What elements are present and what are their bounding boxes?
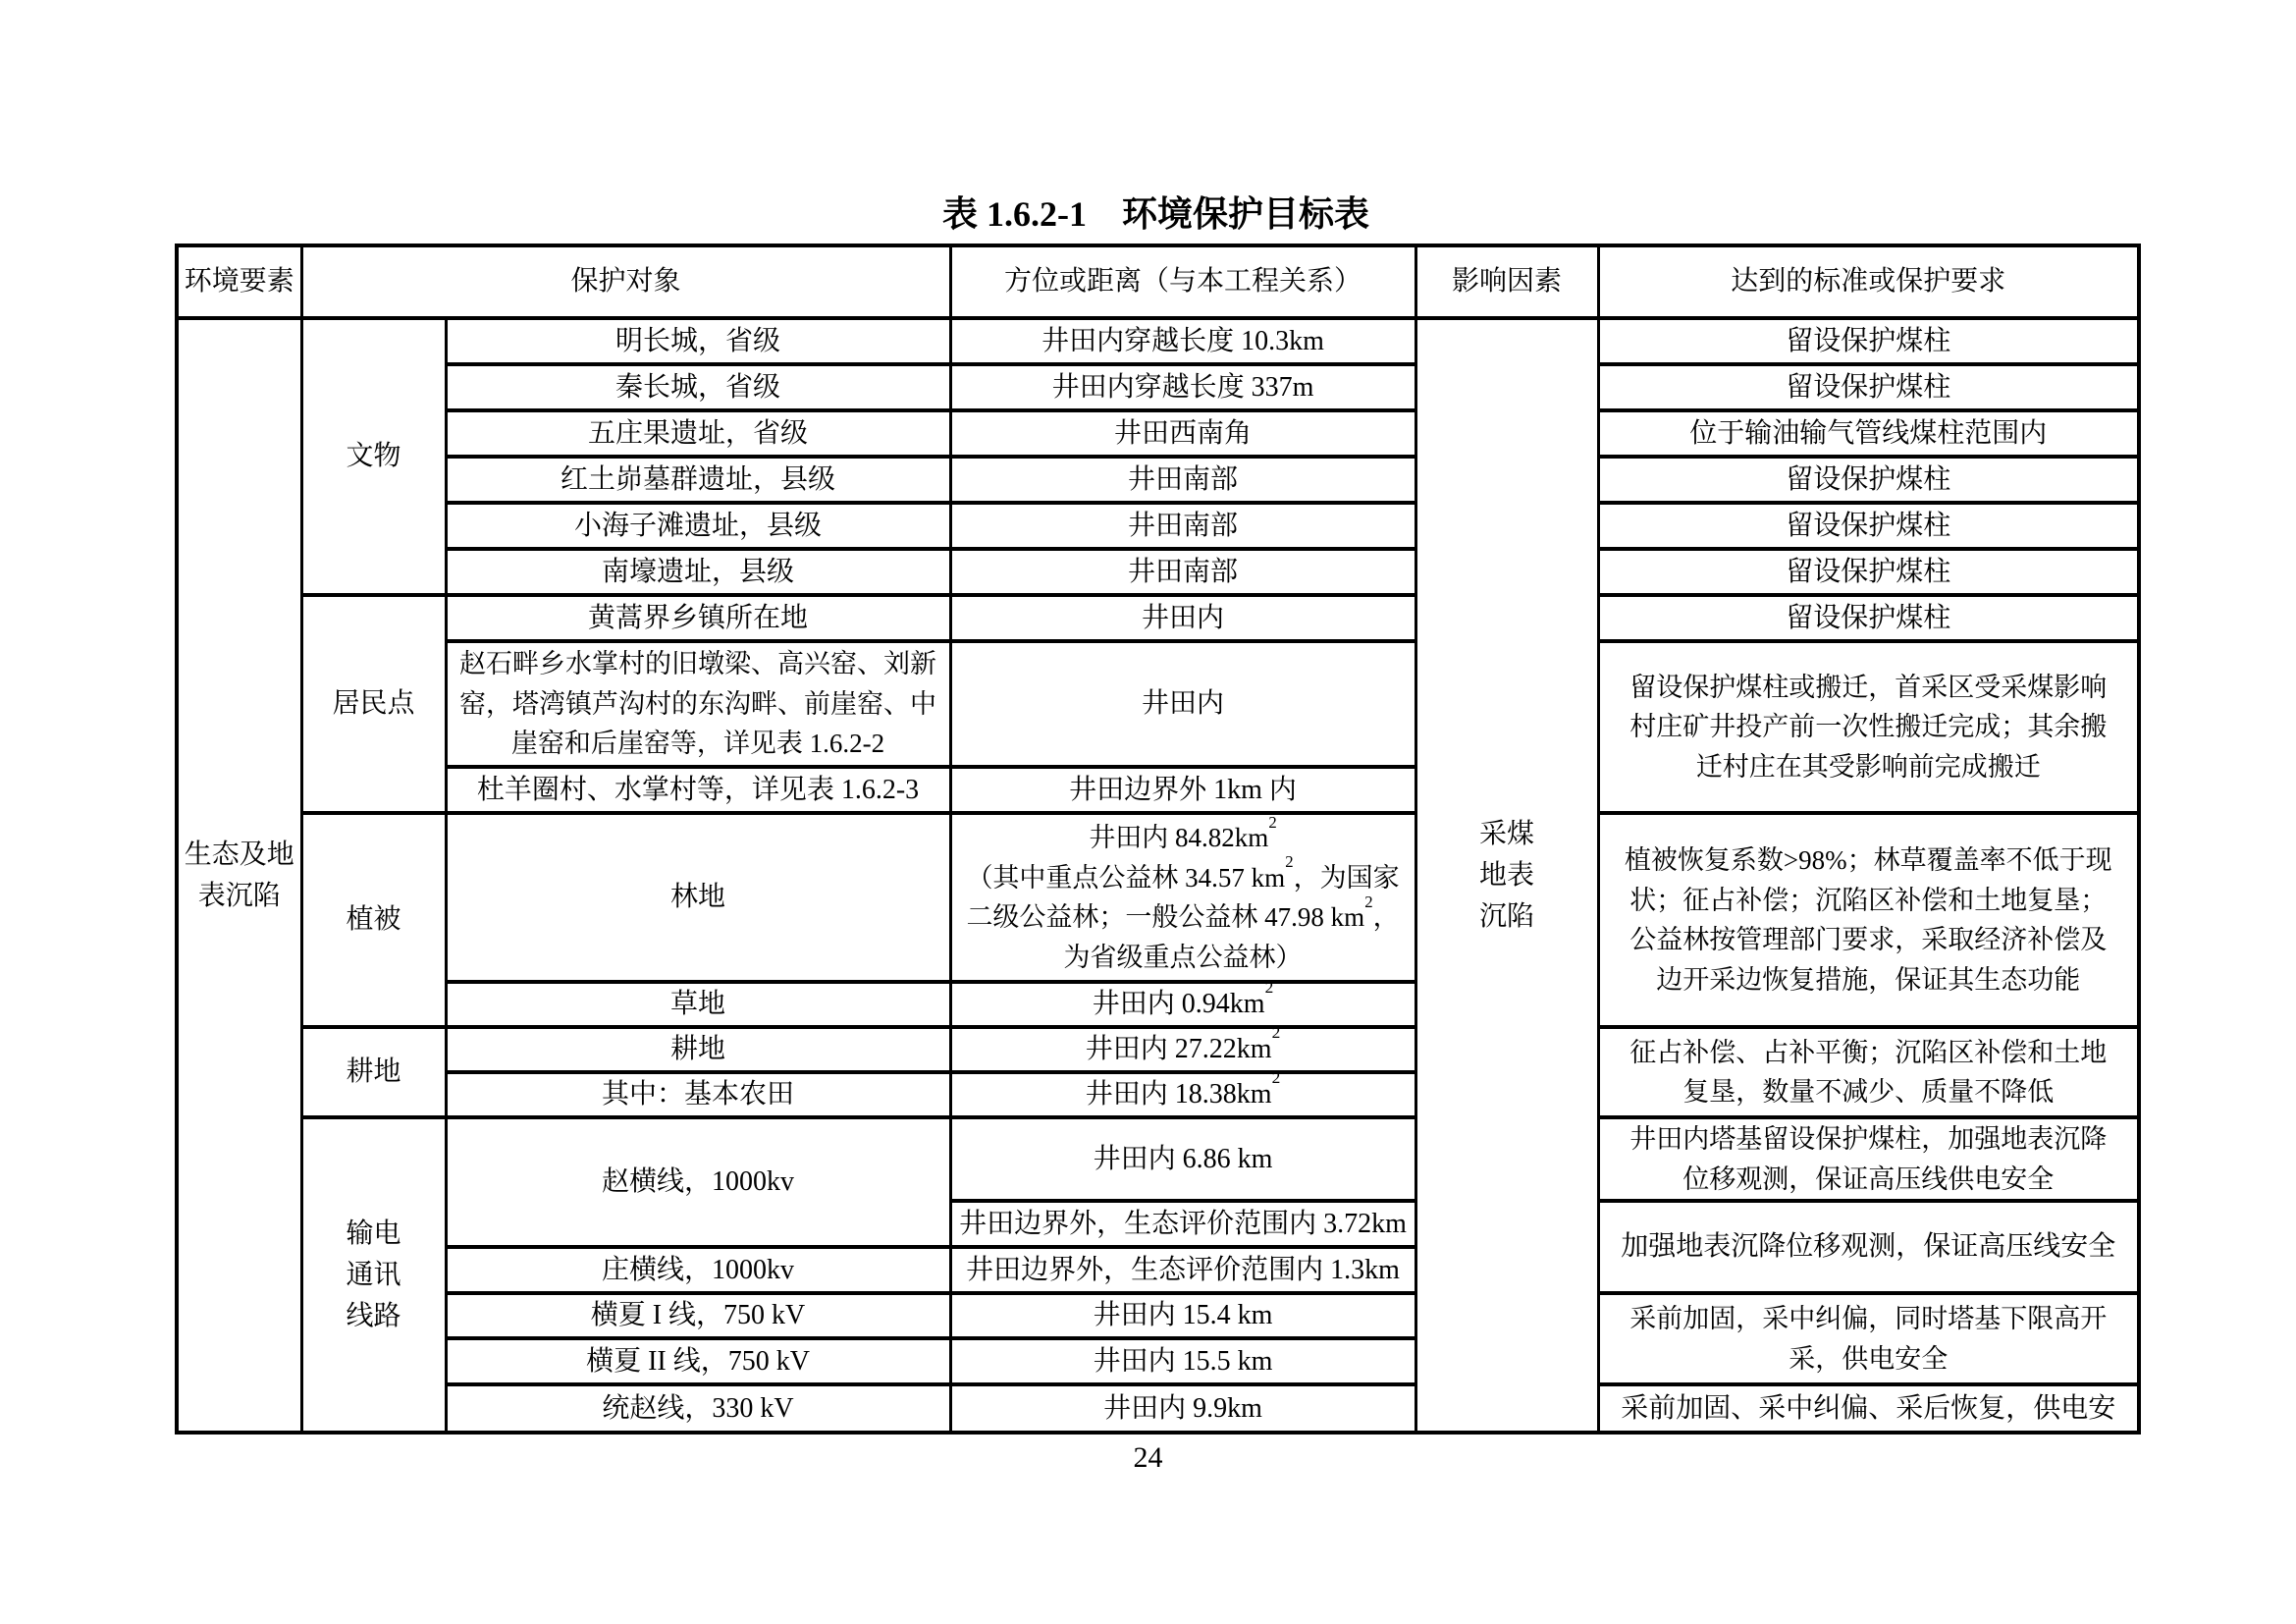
table-row: 五庄果遗址，省级 井田西南角 位于输油输气管线煤柱范围内 xyxy=(177,410,2139,457)
cell-category-vegetation: 植被 xyxy=(301,813,446,1027)
cell-object: 耕地 xyxy=(446,1027,950,1072)
cell-standard: 留设保护煤柱 xyxy=(1598,549,2139,595)
cell-distance: 井田内 9.9km xyxy=(950,1384,1415,1433)
cell-distance: 井田内穿越长度 10.3km xyxy=(950,318,1415,364)
table-row: 生态及地 表沉陷 文物 明长城，省级 井田内穿越长度 10.3km 采煤 地表 … xyxy=(177,318,2139,364)
cell-distance: 井田内 27.22km2 xyxy=(950,1027,1415,1072)
header-standard: 达到的标准或保护要求 xyxy=(1598,245,2139,318)
table-row: 秦长城，省级 井田内穿越长度 337m 留设保护煤柱 xyxy=(177,364,2139,410)
header-distance: 方位或距离（与本工程关系） xyxy=(950,245,1415,318)
cell-standard: 留设保护煤柱 xyxy=(1598,318,2139,364)
cell-standard: 留设保护煤柱 xyxy=(1598,595,2139,641)
cell-category-relics: 文物 xyxy=(301,318,446,595)
cell-standard: 留设保护煤柱 xyxy=(1598,503,2139,549)
table-title: 表 1.6.2-1 环境保护目标表 xyxy=(175,187,2137,237)
cell-distance: 井田边界外，生态评价范围内 1.3km xyxy=(950,1247,1415,1293)
cell-object: 横夏 II 线，750 kV xyxy=(446,1338,950,1384)
cell-distance: 井田内 15.5 km xyxy=(950,1338,1415,1384)
cell-distance: 井田内 xyxy=(950,641,1415,767)
table-row: 小海子滩遗址，县级 井田南部 留设保护煤柱 xyxy=(177,503,2139,549)
header-env-element: 环境要素 xyxy=(177,245,301,318)
cell-env-element: 生态及地 表沉陷 xyxy=(177,318,301,1433)
page-number: 24 xyxy=(0,1441,2296,1475)
cell-object: 明长城，省级 xyxy=(446,318,950,364)
cell-distance: 井田内 6.86 km xyxy=(950,1117,1415,1201)
cell-standard: 采前加固、采中纠偏、采后恢复，供电安 xyxy=(1598,1384,2139,1433)
cell-object: 其中：基本农田 xyxy=(446,1072,950,1117)
cell-standard: 留设保护煤柱 xyxy=(1598,364,2139,410)
table-row: 耕地 耕地 井田内 27.22km2 征占补偿、占补平衡；沉陷区补偿和土地 复垦… xyxy=(177,1027,2139,1072)
cell-standard: 位于输油输气管线煤柱范围内 xyxy=(1598,410,2139,457)
cell-impact-factor: 采煤 地表 沉陷 xyxy=(1415,318,1598,1433)
cell-object: 小海子滩遗址，县级 xyxy=(446,503,950,549)
cell-distance: 井田内 18.38km2 xyxy=(950,1072,1415,1117)
cell-standard: 采前加固，采中纠偏，同时塔基下限高开 采，供电安全 xyxy=(1598,1293,2139,1384)
header-protect-object: 保护对象 xyxy=(301,245,950,318)
cell-distance: 井田内 0.94km2 xyxy=(950,982,1415,1027)
table-row: 红土峁墓群遗址，县级 井田南部 留设保护煤柱 xyxy=(177,457,2139,503)
cell-distance: 井田边界外 1km 内 xyxy=(950,767,1415,813)
cell-distance: 井田南部 xyxy=(950,457,1415,503)
cell-distance: 井田内穿越长度 337m xyxy=(950,364,1415,410)
cell-object: 赵横线，1000kv xyxy=(446,1117,950,1247)
cell-standard: 留设保护煤柱或搬迁，首采区受采煤影响 村庄矿井投产前一次性搬迁完成；其余搬 迁村… xyxy=(1598,641,2139,813)
table-row: 输电 通讯 线路 赵横线，1000kv 井田内 6.86 km 井田内塔基留设保… xyxy=(177,1117,2139,1201)
cell-category-powerlines: 输电 通讯 线路 xyxy=(301,1117,446,1433)
cell-distance: 井田南部 xyxy=(950,549,1415,595)
cell-object: 林地 xyxy=(446,813,950,982)
cell-object: 统赵线，330 kV xyxy=(446,1384,950,1433)
cell-distance: 井田边界外，生态评价范围内 3.72km xyxy=(950,1201,1415,1247)
header-impact-factor: 影响因素 xyxy=(1415,245,1598,318)
cell-distance: 井田南部 xyxy=(950,503,1415,549)
cell-object: 五庄果遗址，省级 xyxy=(446,410,950,457)
cell-distance: 井田内 15.4 km xyxy=(950,1293,1415,1338)
cell-object: 杜羊圈村、水掌村等，详见表 1.6.2-3 xyxy=(446,767,950,813)
cell-object: 红土峁墓群遗址，县级 xyxy=(446,457,950,503)
cell-object: 南壕遗址，县级 xyxy=(446,549,950,595)
environment-protection-table: 环境要素 保护对象 方位或距离（与本工程关系） 影响因素 达到的标准或保护要求 … xyxy=(175,244,2141,1435)
cell-distance: 井田内 xyxy=(950,595,1415,641)
table-row: 统赵线，330 kV 井田内 9.9km 采前加固、采中纠偏、采后恢复，供电安 xyxy=(177,1384,2139,1433)
cell-standard: 井田内塔基留设保护煤柱，加强地表沉降 位移观测，保证高压线供电安全 xyxy=(1598,1117,2139,1201)
cell-standard: 留设保护煤柱 xyxy=(1598,457,2139,503)
cell-object: 秦长城，省级 xyxy=(446,364,950,410)
cell-object: 黄蒿界乡镇所在地 xyxy=(446,595,950,641)
cell-object: 横夏 I 线，750 kV xyxy=(446,1293,950,1338)
cell-standard: 征占补偿、占补平衡；沉陷区补偿和土地 复垦，数量不减少、质量不降低 xyxy=(1598,1027,2139,1117)
table-row: 南壕遗址，县级 井田南部 留设保护煤柱 xyxy=(177,549,2139,595)
cell-object: 草地 xyxy=(446,982,950,1027)
table-row: 横夏 I 线，750 kV 井田内 15.4 km 采前加固，采中纠偏，同时塔基… xyxy=(177,1293,2139,1338)
table-header-row: 环境要素 保护对象 方位或距离（与本工程关系） 影响因素 达到的标准或保护要求 xyxy=(177,245,2139,318)
table-row: 植被 林地 井田内 84.82km2 （其中重点公益林 34.57 km2，为国… xyxy=(177,813,2139,982)
cell-standard: 植被恢复系数>98%；林草覆盖率不低于现 状；征占补偿；沉陷区补偿和土地复垦； … xyxy=(1598,813,2139,1027)
cell-distance: 井田西南角 xyxy=(950,410,1415,457)
table-row: 赵石畔乡水掌村的旧墩梁、高兴窑、刘新 窑，塔湾镇芦沟村的东沟畔、前崖窑、中 崖窑… xyxy=(177,641,2139,767)
cell-object: 庄横线，1000kv xyxy=(446,1247,950,1293)
document-page: { "page": { "title": "表 1.6.2-1 环境保护目标表"… xyxy=(0,0,2296,1624)
table-row: 居民点 黄蒿界乡镇所在地 井田内 留设保护煤柱 xyxy=(177,595,2139,641)
cell-category-residential: 居民点 xyxy=(301,595,446,813)
cell-category-farmland: 耕地 xyxy=(301,1027,446,1117)
cell-standard: 加强地表沉降位移观测，保证高压线安全 xyxy=(1598,1201,2139,1293)
cell-object: 赵石畔乡水掌村的旧墩梁、高兴窑、刘新 窑，塔湾镇芦沟村的东沟畔、前崖窑、中 崖窑… xyxy=(446,641,950,767)
cell-distance: 井田内 84.82km2 （其中重点公益林 34.57 km2，为国家 二级公益… xyxy=(950,813,1415,982)
